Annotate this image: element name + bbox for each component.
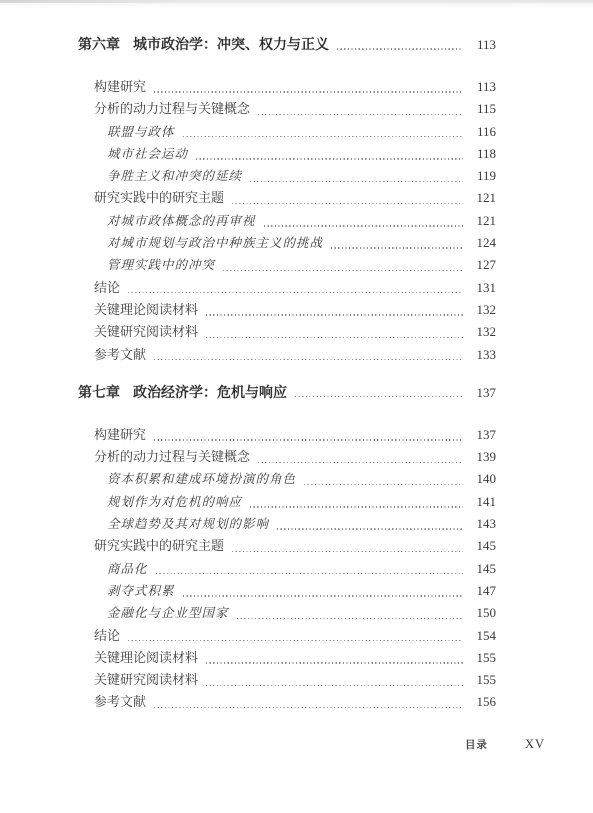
toc-entry-row: 构建研究 113 [78, 76, 496, 98]
toc-entry-row: 剥夺式积累 147 [78, 580, 496, 602]
toc-entry-label: 剥夺式积累 [107, 580, 175, 602]
toc-entry-page-number: 118 [470, 143, 496, 165]
dot-leader [206, 314, 463, 315]
toc-entry-row: 参考文献 133 [78, 344, 496, 366]
toc-entry-page-number: 145 [470, 558, 496, 580]
toc-entry-label: 分析的动力过程与关键概念 [94, 446, 250, 468]
toc-entry-row: 资本积累和建成环境扮演的角色 140 [78, 468, 496, 490]
toc-entry-page-number: 137 [470, 424, 496, 446]
chapter-title: 政治经济学：危机与响应 [133, 381, 287, 403]
toc-entry-label: 联盟与政体 [107, 121, 175, 143]
dot-leader [128, 640, 463, 641]
toc-entry-row: 构建研究 137 [78, 424, 496, 446]
toc-entry-page-number: 121 [470, 210, 496, 232]
toc-entry-row: 对城市规划与政治中种族主义的挑战 124 [78, 232, 496, 254]
toc-entry-label: 城市社会运动 [107, 143, 188, 165]
dot-leader [183, 136, 463, 137]
toc-entry-page-number: 132 [470, 321, 496, 343]
dot-leader [232, 551, 463, 552]
toc-entry-row: 参考文献 156 [78, 691, 496, 713]
dot-leader [128, 292, 463, 293]
chapter-page-number: 113 [470, 34, 496, 56]
dot-leader [258, 114, 463, 115]
toc-entry-page-number: 155 [470, 669, 496, 691]
table-of-contents: 第六章 城市政治学：冲突、权力与正义 113 构建研究 113 分析的动力过程与… [0, 0, 593, 714]
toc-entry-label: 研究实践中的研究主题 [94, 535, 224, 557]
toc-entry-row: 关键理论阅读材料 132 [78, 299, 496, 321]
toc-entry-row: 结论 131 [78, 277, 496, 299]
toc-entry-page-number: 116 [470, 121, 496, 143]
toc-entry-label: 关键研究阅读材料 [94, 321, 198, 343]
dot-leader [206, 337, 463, 338]
toc-entry-label: 争胜主义和冲突的延续 [107, 165, 242, 187]
dot-leader [156, 573, 463, 574]
toc-entry-row: 金融化与企业型国家 150 [78, 602, 496, 624]
dot-leader [232, 203, 463, 204]
toc-entry-row: 结论 154 [78, 625, 496, 647]
toc-entry-label: 参考文献 [94, 691, 146, 713]
dot-leader [331, 247, 463, 248]
scanned-toc-page: 第六章 城市政治学：冲突、权力与正义 113 构建研究 113 分析的动力过程与… [0, 0, 593, 813]
toc-entry-label: 规划作为对危机的响应 [107, 491, 242, 513]
toc-entry-page-number: 133 [470, 344, 496, 366]
toc-entry-page-number: 156 [470, 691, 496, 713]
toc-entry-page-number: 141 [470, 491, 496, 513]
chapter-entries: 构建研究 113 分析的动力过程与关键概念 115 联盟与政体 116 城市社会… [78, 76, 496, 366]
dot-leader [196, 158, 463, 159]
footer-section-label: 目录 [465, 737, 488, 752]
toc-entry-label: 构建研究 [94, 424, 146, 446]
dot-leader [206, 685, 463, 686]
toc-entry-row: 全球趋势及其对规划的影响 143 [78, 513, 496, 535]
dot-leader [154, 439, 463, 440]
toc-entry-row: 城市社会运动 118 [78, 143, 496, 165]
toc-entry-label: 金融化与企业型国家 [107, 602, 229, 624]
toc-entry-page-number: 124 [470, 232, 496, 254]
toc-entry-page-number: 143 [470, 513, 496, 535]
toc-entry-label: 对城市规划与政治中种族主义的挑战 [107, 232, 323, 254]
toc-entry-row: 对城市政体概念的再审视 121 [78, 210, 496, 232]
toc-entry-page-number: 139 [470, 446, 496, 468]
dot-leader [250, 506, 463, 507]
chapter-heading-row: 第六章 城市政治学：冲突、权力与正义 113 [78, 33, 496, 55]
dot-leader [154, 91, 463, 92]
chapter-entries: 构建研究 137 分析的动力过程与关键概念 139 资本积累和建成环境扮演的角色… [78, 424, 496, 714]
toc-entry-row: 研究实践中的研究主题 121 [78, 187, 496, 209]
toc-entry-row: 管理实践中的冲突 127 [78, 254, 496, 276]
toc-chapter: 第六章 城市政治学：冲突、权力与正义 113 构建研究 113 分析的动力过程与… [78, 33, 496, 366]
toc-entry-row: 分析的动力过程与关键概念 139 [78, 446, 496, 468]
toc-entry-row: 商品化 145 [78, 558, 496, 580]
chapter-heading-row: 第七章 政治经济学：危机与响应 137 [78, 381, 496, 403]
chapter-page-number: 137 [470, 382, 496, 404]
toc-entry-page-number: 145 [470, 535, 496, 557]
dot-leader [337, 48, 463, 49]
dot-leader [295, 396, 463, 397]
toc-entry-page-number: 127 [470, 254, 496, 276]
dot-leader [264, 225, 463, 226]
toc-entry-row: 研究实践中的研究主题 145 [78, 535, 496, 557]
toc-entry-row: 关键理论阅读材料 155 [78, 647, 496, 669]
toc-entry-label: 全球趋势及其对规划的影响 [107, 513, 269, 535]
dot-leader [206, 662, 463, 663]
toc-entry-page-number: 119 [470, 165, 496, 187]
toc-entry-label: 分析的动力过程与关键概念 [94, 98, 250, 120]
toc-entry-page-number: 113 [470, 76, 496, 98]
toc-entry-label: 构建研究 [94, 76, 146, 98]
dot-leader [223, 270, 463, 271]
toc-entry-page-number: 155 [470, 647, 496, 669]
toc-entry-label: 对城市政体概念的再审视 [107, 210, 256, 232]
dot-leader [154, 707, 463, 708]
toc-entry-label: 商品化 [107, 558, 148, 580]
footer-page-number: XV [525, 737, 545, 752]
toc-entry-label: 参考文献 [94, 344, 146, 366]
toc-entry-row: 关键研究阅读材料 155 [78, 669, 496, 691]
dot-leader [154, 359, 463, 360]
chapter-number: 第六章 [78, 33, 120, 55]
toc-entry-label: 结论 [94, 625, 120, 647]
page-footer: 目录 XV [465, 737, 545, 752]
toc-entry-page-number: 121 [470, 187, 496, 209]
toc-entry-page-number: 132 [470, 299, 496, 321]
dot-leader [183, 595, 463, 596]
toc-entry-page-number: 154 [470, 625, 496, 647]
toc-entry-page-number: 115 [470, 98, 496, 120]
dot-leader [258, 462, 463, 463]
toc-entry-page-number: 131 [470, 277, 496, 299]
chapter-title: 城市政治学：冲突、权力与正义 [133, 33, 329, 55]
toc-entry-row: 分析的动力过程与关键概念 115 [78, 98, 496, 120]
toc-entry-label: 关键理论阅读材料 [94, 647, 198, 669]
toc-entry-page-number: 147 [470, 580, 496, 602]
toc-entry-label: 关键理论阅读材料 [94, 299, 198, 321]
toc-entry-label: 资本积累和建成环境扮演的角色 [107, 468, 296, 490]
dot-leader [277, 528, 463, 529]
toc-entry-page-number: 140 [470, 468, 496, 490]
toc-entry-label: 关键研究阅读材料 [94, 669, 198, 691]
toc-entry-row: 规划作为对危机的响应 141 [78, 491, 496, 513]
toc-entry-row: 联盟与政体 116 [78, 121, 496, 143]
dot-leader [250, 181, 463, 182]
toc-chapter: 第七章 政治经济学：危机与响应 137 构建研究 137 分析的动力过程与关键概… [78, 381, 496, 714]
dot-leader [237, 618, 463, 619]
toc-entry-row: 关键研究阅读材料 132 [78, 321, 496, 343]
toc-entry-label: 研究实践中的研究主题 [94, 187, 224, 209]
toc-entry-row: 争胜主义和冲突的延续 119 [78, 165, 496, 187]
toc-entry-page-number: 150 [470, 602, 496, 624]
toc-entry-label: 结论 [94, 277, 120, 299]
chapter-number: 第七章 [78, 381, 120, 403]
toc-entry-label: 管理实践中的冲突 [107, 254, 215, 276]
dot-leader [304, 484, 463, 485]
